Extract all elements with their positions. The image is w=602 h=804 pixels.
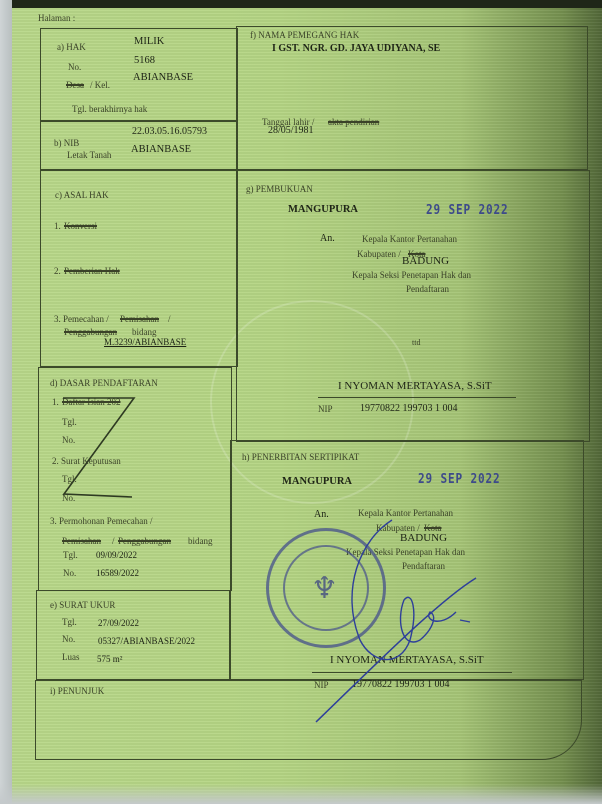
background-bottom-edge <box>0 784 602 804</box>
signature-scribble <box>0 0 602 804</box>
